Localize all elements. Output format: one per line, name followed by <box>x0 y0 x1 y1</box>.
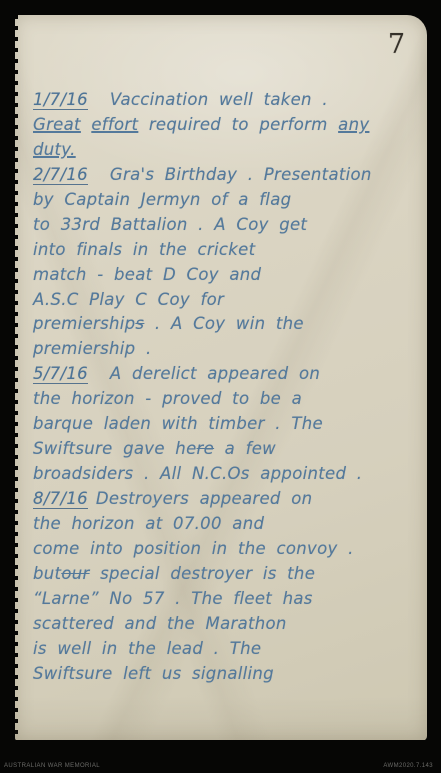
entry-text: the horizon at 07.00 and <box>33 514 264 533</box>
entry-text: A derelict appeared on <box>110 364 320 383</box>
handwritten-line: 1/7/16Vaccination well taken . <box>33 88 421 113</box>
entry-text: A.S.C Play C Coy for <box>33 290 224 309</box>
entry-date: 2/7/16 <box>33 165 88 185</box>
handwritten-line: premiership . <box>33 337 421 362</box>
archive-reference-label: AWM2020.7.143 <box>383 763 433 769</box>
handwritten-line: is well in the lead . The <box>33 637 421 662</box>
entry-text: Great effort required to perform any <box>33 115 369 134</box>
handwritten-line: Swiftsure left us signalling <box>33 662 421 687</box>
entry-text: the horizon - proved to be a <box>33 389 302 408</box>
handwritten-line: scattered and the Marathon <box>33 612 421 637</box>
handwritten-line: barque laden with timber . The <box>33 412 421 437</box>
entry-text: butour special destroyer is the <box>33 564 315 583</box>
entry-text: Swiftsure left us signalling <box>33 664 274 683</box>
archive-name-label: AUSTRALIAN WAR MEMORIAL <box>4 763 100 769</box>
entry-text: Vaccination well taken . <box>110 90 328 109</box>
entry-text: Swiftsure gave here a few <box>33 439 276 458</box>
handwritten-line: into finals in the cricket <box>33 238 421 263</box>
archive-footer-bar: AUSTRALIAN WAR MEMORIAL AWM2020.7.143 <box>0 740 441 773</box>
entry-text: barque laden with timber . The <box>33 414 323 433</box>
entry-text: “Larne” No 57 . The fleet has <box>33 589 313 608</box>
handwritten-line: Great effort required to perform any <box>33 113 421 138</box>
entry-date: 8/7/16 <box>33 489 88 509</box>
handwritten-line: the horizon - proved to be a <box>33 387 421 412</box>
handwritten-line: 2/7/16Gra's Birthday . Presentation <box>33 163 421 188</box>
entry-text: by Captain Jermyn of a flag <box>33 190 291 209</box>
handwritten-line: match - beat D Coy and <box>33 263 421 288</box>
entry-text: duty. <box>33 140 76 159</box>
handwritten-line: the horizon at 07.00 and <box>33 512 421 537</box>
entry-date: 5/7/16 <box>33 364 88 384</box>
handwritten-line: “Larne” No 57 . The fleet has <box>33 587 421 612</box>
handwritten-line: butour special destroyer is the <box>33 562 421 587</box>
entry-date: 1/7/16 <box>33 90 88 110</box>
diary-page: 7 1/7/16Vaccination well taken .Great ef… <box>15 15 427 741</box>
entry-text: come into position in the convoy . <box>33 539 354 558</box>
handwritten-line: Swiftsure gave here a few <box>33 437 421 462</box>
handwritten-line: to 33rd Battalion . A Coy get <box>33 213 421 238</box>
handwritten-line: 8/7/16Destroyers appeared on <box>33 487 421 512</box>
entry-text: premierships . A Coy win the <box>33 314 304 333</box>
entry-text: Destroyers appeared on <box>96 489 312 508</box>
handwritten-line: 5/7/16A derelict appeared on <box>33 362 421 387</box>
entry-text: match - beat D Coy and <box>33 265 261 284</box>
entry-text: into finals in the cricket <box>33 240 255 259</box>
entry-text: is well in the lead . The <box>33 639 261 658</box>
handwritten-line: broadsiders . All N.C.Os appointed . <box>33 462 421 487</box>
handwritten-line: come into position in the convoy . <box>33 537 421 562</box>
entry-text: scattered and the Marathon <box>33 614 287 633</box>
handwritten-line: premierships . A Coy win the <box>33 312 421 337</box>
page-number: 7 <box>388 29 405 60</box>
entry-text: broadsiders . All N.C.Os appointed . <box>33 464 362 483</box>
handwritten-line: duty. <box>33 138 421 163</box>
handwritten-text-block: 1/7/16Vaccination well taken .Great effo… <box>33 88 421 687</box>
entry-text: to 33rd Battalion . A Coy get <box>33 215 307 234</box>
handwritten-line: A.S.C Play C Coy for <box>33 288 421 313</box>
entry-text: premiership . <box>33 339 152 358</box>
entry-text: Gra's Birthday . Presentation <box>110 165 372 184</box>
handwritten-line: by Captain Jermyn of a flag <box>33 188 421 213</box>
